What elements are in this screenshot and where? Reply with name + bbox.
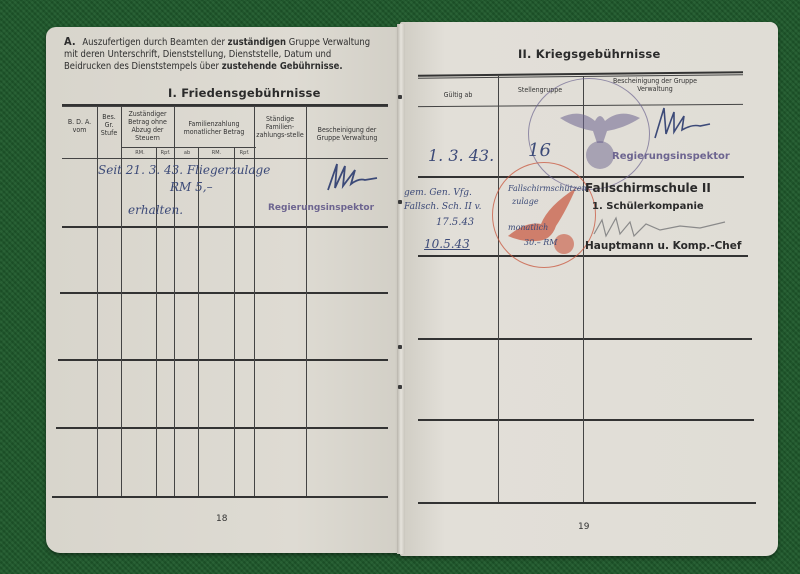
table-bottom-rule <box>418 502 756 504</box>
section-title-peace: I. Friedensgebührnisse <box>168 86 321 100</box>
instructions-text: A. Auszufertigen durch Beamten der zustä… <box>64 36 374 73</box>
handwritten-entry-line-2: RM 5,– <box>170 180 213 194</box>
staple <box>398 95 402 99</box>
column-header-familienzahlungsstelle: Ständige Familien-zahlungs-stelle <box>256 115 304 139</box>
staple <box>398 345 402 349</box>
subheader-rule <box>122 147 256 148</box>
column-header-gueltig-ab: Gültig ab <box>418 91 498 99</box>
page-number-right: 19 <box>578 522 589 532</box>
instructions-part: Auszufertigen durch Beamten der <box>82 37 225 48</box>
row-rule <box>56 427 388 429</box>
handwritten-entry-line-1: Seit 21. 3. 43. Fliegerzulage <box>98 163 270 177</box>
instructions-bold: zuständigen <box>228 37 286 48</box>
stamp-regierungsinspektor: Regierungsinspektor <box>612 151 730 162</box>
column-header-bda: B. D. A. vom <box>62 118 97 134</box>
signature-pencil-icon <box>590 214 730 240</box>
column-header-betrag: Zuständiger Betrag ohne Abzug der Steuer… <box>121 110 174 142</box>
column-divider <box>498 76 499 502</box>
staple <box>398 385 402 389</box>
row-rule <box>62 226 388 228</box>
instructions-bold: zustehende Gebührnisse. <box>222 61 343 72</box>
column-divider <box>234 147 235 496</box>
signature-icon <box>325 160 380 196</box>
section-title-war: II. Kriegsgebührnisse <box>518 47 660 61</box>
stamp-schuelerkompanie: 1. Schülerkompanie <box>592 201 704 212</box>
subheader-rpf: Rpf. <box>157 150 174 156</box>
subheader-rpf: Rpf. <box>235 150 254 156</box>
gueltig-ab-value: 10.5.43 <box>424 237 470 251</box>
column-header-bescheinigung: Bescheinigung der Gruppe Verwaltung <box>308 126 386 142</box>
eagle-stamp-icon <box>555 103 645 173</box>
gueltig-ab-value: 1. 3. 43. <box>428 146 494 165</box>
subheader-rm: RM. <box>125 150 155 156</box>
table-bottom-rule <box>52 496 388 498</box>
note-fallsch-sch: Fallsch. Sch. II v. <box>404 202 482 212</box>
stellengruppe-value: 16 <box>528 140 551 161</box>
staple <box>398 200 402 204</box>
row-rule <box>58 359 388 361</box>
book-spine <box>397 24 405 554</box>
column-divider <box>156 147 157 496</box>
handwritten-entry-line-3: erhalten. <box>128 203 183 217</box>
column-divider <box>306 107 307 496</box>
column-header-besgr: Bes. Gr. Stufe <box>97 113 121 137</box>
note-monatlich: monatlich <box>508 223 548 232</box>
stamp-hauptmann: Hauptmann u. Komp.-Chef <box>585 240 741 252</box>
note-amount: 30.– RM <box>524 238 557 247</box>
row-rule <box>418 338 752 340</box>
note-zulage: zulage <box>512 197 539 206</box>
note-zulage: Fallschirmschützen- <box>508 184 590 193</box>
stamp-fallschirmschule: Fallschirmschule II <box>585 181 711 195</box>
row-rule <box>418 419 754 421</box>
stamp-regierungsinspektor: Regierungsinspektor <box>268 203 374 213</box>
row-rule <box>60 292 388 294</box>
subheader-ab: ab <box>176 150 198 156</box>
header-bottom-rule <box>62 158 388 159</box>
subheader-rm: RM. <box>199 150 234 156</box>
signature-icon <box>652 104 712 144</box>
paybook-spread: A. Auszufertigen durch Beamten der zustä… <box>0 0 800 574</box>
instructions-lead: A. <box>64 35 76 48</box>
column-header-familienzahlung: Familienzahlung monatlicher Betrag <box>174 120 254 136</box>
table-top-rule-thin <box>62 106 388 107</box>
column-divider <box>198 147 199 496</box>
page-number-left: 18 <box>216 514 227 524</box>
note-date: 17.5.43 <box>436 217 474 228</box>
note-gem-gen-vfg: gem. Gen. Vfg. <box>404 188 472 198</box>
